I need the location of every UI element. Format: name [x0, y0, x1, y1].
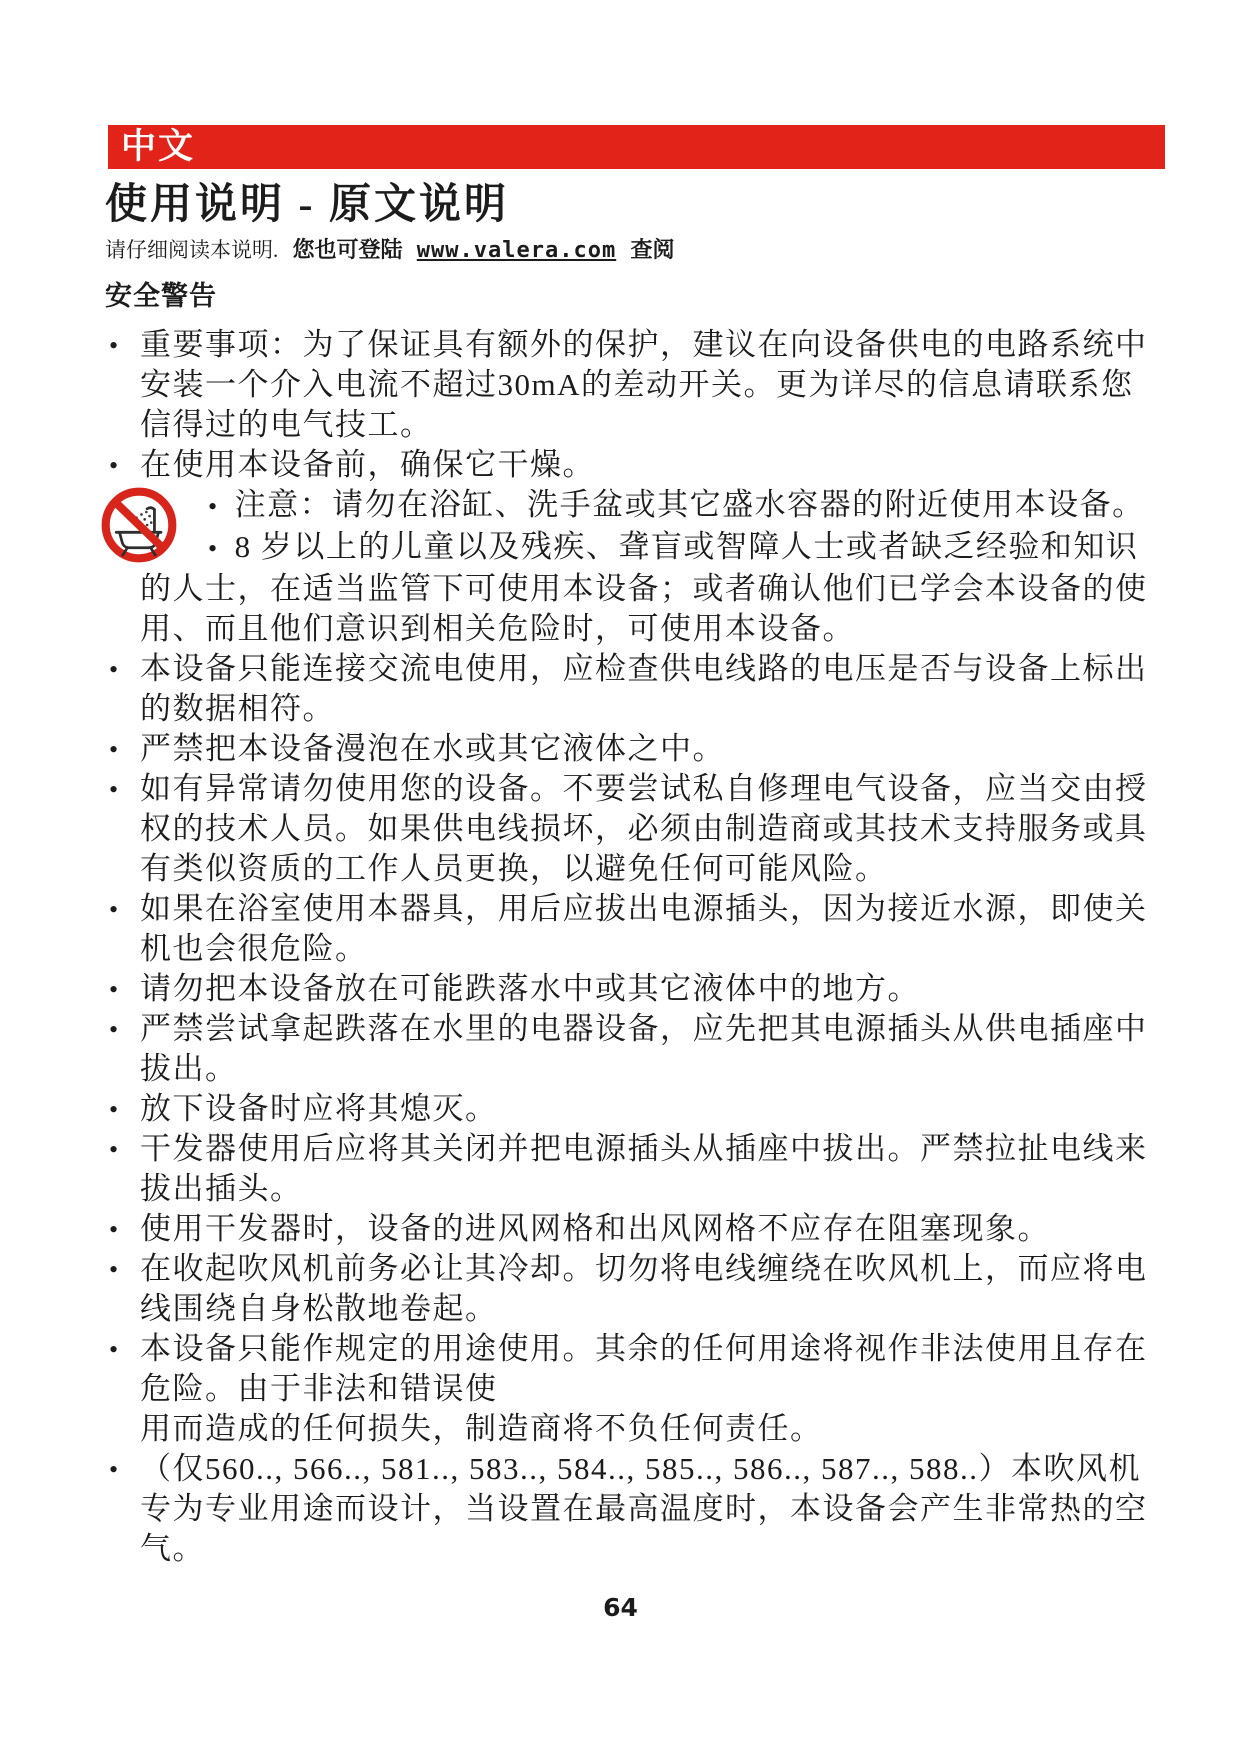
warning-list-item: •放下设备时应将其熄灭。 [140, 1089, 1165, 1129]
bathtub-warning-item: •注意：请勿在浴缸、洗手盆或其它盛水容器的附近使用本设备。 [140, 485, 1165, 527]
safety-warning-heading: 安全警告 [105, 281, 1165, 311]
warning-text: 干发器使用后应将其关闭并把电源插头从插座中拔出。严禁拉扯电线来拔出插头。 [140, 1131, 1148, 1206]
subtitle: 请仔细阅读本说明. 您也可登陆 www.valera.com 查阅 [105, 237, 1165, 264]
warning-list-item: •在收起吹风机前务必让其冷却。切勿将电线缠绕在吹风机上，而应将电线围绕自身松散地… [140, 1249, 1165, 1329]
warning-list-item: •在使用本设备前，确保它干燥。 [140, 445, 1165, 485]
bullet-marker: • [109, 650, 120, 690]
warning-text: 请勿把本设备放在可能跌落水中或其它液体中的地方。 [140, 971, 920, 1006]
bullet-marker: • [109, 730, 120, 770]
bullet-marker: • [208, 534, 219, 563]
language-banner-label: 中文 [121, 127, 195, 166]
warning-list-item: •重要事项：为了保证具有额外的保护，建议在向设备供电的电路系统中安装一个介入电流… [140, 325, 1165, 445]
warning-list-item: •干发器使用后应将其关闭并把电源插头从插座中拔出。严禁拉扯电线来拔出插头。 [140, 1129, 1165, 1209]
warning-list-item: •本设备只能连接交流电使用，应检查供电线路的电压是否与设备上标出的数据相符。 [140, 649, 1165, 729]
warning-list-item: •本设备只能作规定的用途使用。其余的任何用途将视作非法使用且存在危险。由于非法和… [140, 1329, 1165, 1449]
bathtub-warning-item: •8 岁以上的儿童以及残疾、聋盲或智障人士或者缺乏经验和知识的人士，在适当监管下… [140, 527, 1165, 649]
valera-website-link[interactable]: www.valera.com [417, 238, 616, 263]
warning-text: 使用干发器时，设备的进风网格和出风网格不应存在阻塞现象。 [140, 1211, 1050, 1246]
warning-text: 在收起吹风机前务必让其冷却。切勿将电线缠绕在吹风机上，而应将电线围绕自身松散地卷… [140, 1251, 1148, 1326]
warning-text: 严禁把本设备漫泡在水或其它液体之中。 [140, 731, 725, 766]
bullet-marker: • [109, 1250, 120, 1290]
warning-text: 如果在浴室使用本器具，用后应拔出电源插头，因为接近水源，即使关机也会很危险。 [140, 891, 1148, 966]
bullet-marker: • [109, 970, 120, 1010]
bullet-marker: • [109, 1330, 120, 1370]
bullet-marker: • [109, 890, 120, 930]
bullet-marker: • [109, 1130, 120, 1170]
subtitle-suffix: 查阅 [630, 237, 674, 262]
bullet-marker: • [109, 1450, 120, 1490]
warning-list-item: •严禁尝试拿起跌落在水里的电器设备，应先把其电源插头从供电插座中拔出。 [140, 1009, 1165, 1089]
warning-text: 如有异常请勿使用您的设备。不要尝试私自修理电气设备，应当交由授权的技术人员。如果… [140, 771, 1148, 886]
warning-list-item: •严禁把本设备漫泡在水或其它液体之中。 [140, 729, 1165, 769]
manual-page: 中文 使用说明 - 原文说明 请仔细阅读本说明. 您也可登陆 www.valer… [0, 0, 1241, 1754]
bullet-marker: • [208, 492, 219, 521]
warning-list-item: •使用干发器时，设备的进风网格和出风网格不应存在阻塞现象。 [140, 1209, 1165, 1249]
warning-text: 在使用本设备前，确保它干燥。 [140, 447, 595, 482]
subtitle-read-note: 请仔细阅读本说明. [105, 238, 278, 262]
bullet-marker: • [109, 1210, 120, 1250]
warning-text: 严禁尝试拿起跌落在水里的电器设备，应先把其电源插头从供电插座中拔出。 [140, 1011, 1148, 1086]
bathtub-warning-block: •注意：请勿在浴缸、洗手盆或其它盛水容器的附近使用本设备。•8 岁以上的儿童以及… [140, 485, 1165, 649]
page-title: 使用说明 - 原文说明 [105, 182, 1165, 228]
warning-text: 本设备只能作规定的用途使用。其余的任何用途将视作非法使用且存在危险。由于非法和错… [140, 1331, 1148, 1446]
bullet-marker: • [109, 1090, 120, 1130]
bullet-marker: • [109, 326, 120, 366]
warning-list-item: •（仅560.., 566.., 581.., 583.., 584.., 58… [140, 1449, 1165, 1569]
warning-text: 注意：请勿在浴缸、洗手盆或其它盛水容器的附近使用本设备。 [235, 487, 1145, 522]
bullet-marker: • [109, 446, 120, 486]
warning-text: 重要事项：为了保证具有额外的保护，建议在向设备供电的电路系统中安装一个介入电流不… [140, 327, 1148, 442]
warning-text: （仅560.., 566.., 581.., 583.., 584.., 585… [140, 1451, 1148, 1566]
bullet-marker: • [109, 1010, 120, 1050]
subtitle-visit-text: 您也可登陆 [293, 237, 403, 262]
page-number: 64 [0, 1593, 1241, 1622]
warning-text: 放下设备时应将其熄灭。 [140, 1091, 498, 1126]
bullet-marker: • [109, 770, 120, 810]
warning-text: 8 岁以上的儿童以及残疾、聋盲或智障人士或者缺乏经验和知识的人士，在适当监管下可… [140, 529, 1148, 646]
safety-warning-list-bottom: •本设备只能连接交流电使用，应检查供电线路的电压是否与设备上标出的数据相符。•严… [140, 649, 1165, 1569]
warning-list-item: •如有异常请勿使用您的设备。不要尝试私自修理电气设备，应当交由授权的技术人员。如… [140, 769, 1165, 889]
language-banner: 中文 [108, 125, 1165, 169]
safety-warning-list-top: •重要事项：为了保证具有额外的保护，建议在向设备供电的电路系统中安装一个介入电流… [140, 325, 1165, 485]
warning-list-item: •如果在浴室使用本器具，用后应拔出电源插头，因为接近水源，即使关机也会很危险。 [140, 889, 1165, 969]
warning-text: 本设备只能连接交流电使用，应检查供电线路的电压是否与设备上标出的数据相符。 [140, 651, 1148, 726]
bathtub-warning-items: •注意：请勿在浴缸、洗手盆或其它盛水容器的附近使用本设备。•8 岁以上的儿童以及… [140, 485, 1165, 649]
no-bathtub-prohibition-icon [96, 486, 182, 564]
warning-list-item: •请勿把本设备放在可能跌落水中或其它液体中的地方。 [140, 969, 1165, 1009]
